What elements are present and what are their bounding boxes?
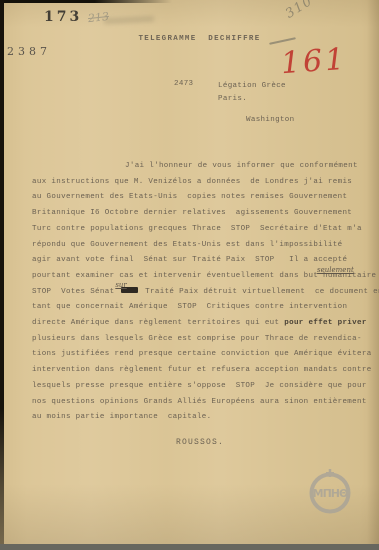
archive-logo: ΜΠΗΘ — [306, 468, 354, 516]
sender-legation: Légation Grèce — [218, 80, 286, 93]
sender-city: Paris. — [218, 93, 286, 106]
body-text-segment: directe Amérique dans règlement territoi… — [32, 319, 284, 327]
body-line: agir avant vote final Sénat sur Traité P… — [32, 253, 366, 269]
body-text-segment: Turc contre populations grecques Thrace … — [32, 225, 362, 233]
body-line: répondu que Gouvernement des Etats-Unis … — [32, 238, 366, 254]
scan-edge-left — [0, 0, 4, 545]
body-text-segment: Traité Paix détruit virtuellement ce doc… — [140, 288, 379, 296]
body-line: pourtant examiner cas et intervenir éven… — [32, 269, 366, 285]
sender-address: Légation Grèce Paris. — [218, 80, 286, 106]
body-text-segment: pourtant examiner cas et intervenir éven… — [32, 272, 323, 280]
body-text-segment: J'ai l'honneur de vous informer que conf… — [125, 162, 358, 170]
body-text-segment: répondu que Gouvernement des Etats-Unis … — [32, 241, 342, 249]
body-line: STOP Votes Sénat sur Traité Paix détruit… — [32, 285, 366, 301]
body-line: intervention dans règlement futur et ref… — [32, 363, 366, 379]
body-text-segment: nos questions opinions Grands Alliés Eur… — [32, 398, 367, 406]
pencil-smudge — [104, 16, 154, 25]
registry-stamp-number: 2387 — [7, 45, 51, 58]
origin-city: Washington — [246, 116, 295, 124]
telegram-document-page: 173 213 2387 TELEGRAMME DECHIFFRE 310 16… — [0, 0, 379, 550]
body-text-segment: agir avant vote final Sénat sur Traité P… — [32, 256, 347, 264]
archive-stamp-number: 173 — [44, 9, 82, 25]
body-line: plusieurs dans lesquels Grèce est compri… — [32, 332, 366, 348]
body-text-segment: STOP Votes Sénat — [32, 288, 119, 296]
handwritten-pencil-number: 310 — [283, 0, 316, 22]
document-title: TELEGRAMME DECHIFFRE — [20, 35, 379, 43]
body-text-segment: Britannique I6 Octobre dernier relatives… — [32, 209, 352, 217]
handwritten-annotation: sur — [115, 278, 126, 294]
body-text-segment: tions justifiées rend presque certaine c… — [32, 350, 372, 358]
body-line: J'ai l'honneur de vous informer que conf… — [32, 159, 366, 175]
body-line: au moins partie importance capitale. — [32, 410, 366, 426]
body-text-segment: pour effet priver — [284, 319, 366, 327]
scan-edge-top — [0, 0, 172, 3]
body-text-segment: au Gouvernement des Etats-Unis copies no… — [32, 193, 347, 201]
handwritten-red-number: 161 — [280, 42, 349, 82]
body-text-segment: lesquels presse presque entière s'oppose… — [32, 382, 367, 390]
telegram-body: J'ai l'honneur de vous informer que conf… — [32, 159, 366, 426]
body-line: aux instructions que M. Venizélos a donn… — [32, 175, 366, 191]
body-line: lesquels presse presque entière s'oppose… — [32, 379, 366, 395]
body-text-segment: intervention dans règlement futur et ref… — [32, 366, 372, 374]
archive-logo-letters: ΜΠΗΘ — [313, 487, 348, 500]
redacted-word: sur — [121, 287, 138, 293]
body-text-segment: au moins partie importance capitale. — [32, 413, 211, 421]
body-line: tant que concernait Amérique STOP Critiq… — [32, 300, 366, 316]
body-line: au Gouvernement des Etats-Unis copies no… — [32, 190, 366, 206]
body-line: nos questions opinions Grands Alliés Eur… — [32, 395, 366, 411]
body-line: Britannique I6 Octobre dernier relatives… — [32, 206, 366, 222]
body-text-segment: tant que concernait Amérique STOP Critiq… — [32, 303, 347, 311]
body-text-segment: aux instructions que M. Venizélos a donn… — [32, 178, 352, 186]
handwritten-annotation: seulement — [317, 263, 354, 279]
body-text-segment: plusieurs dans lesquels Grèce est compri… — [32, 335, 362, 343]
body-line: directe Amérique dans règlement territoi… — [32, 316, 366, 332]
body-line: tions justifiées rend presque certaine c… — [32, 347, 366, 363]
body-text-segment: humanitaireseulement — [323, 272, 376, 280]
telegram-number: 2473 — [174, 80, 193, 88]
body-line: Turc contre populations grecques Thrace … — [32, 222, 366, 238]
scan-edge-bottom — [0, 544, 379, 550]
signature: ROUSSOS. — [176, 438, 224, 447]
